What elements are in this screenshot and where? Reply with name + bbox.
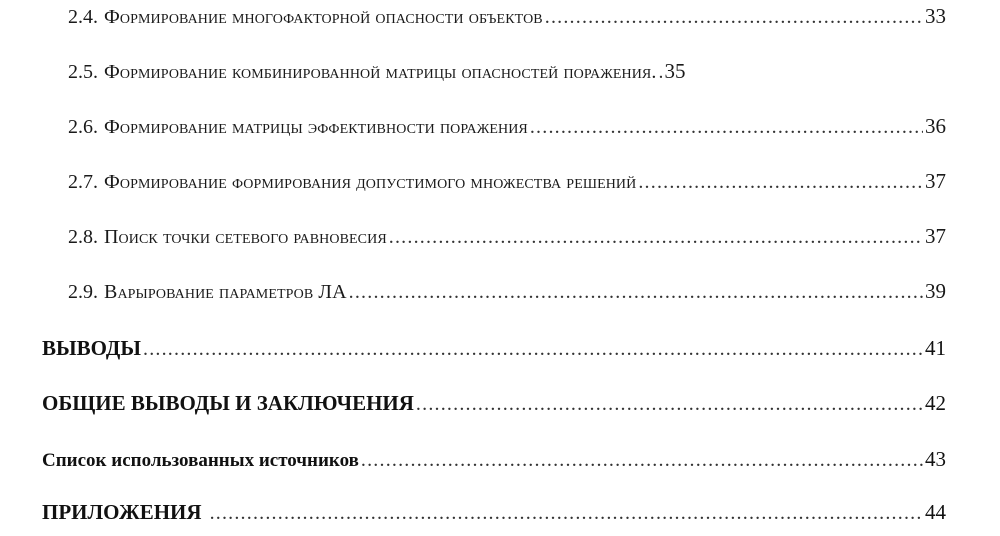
section-title: ОБЩИЕ ВЫВОДЫ И ЗАКЛЮЧЕНИЯ: [42, 391, 414, 416]
page-number: 37: [925, 169, 946, 194]
dot-leader: [416, 393, 923, 416]
dot-leader: [349, 281, 923, 304]
dot-leader: [389, 226, 923, 249]
toc-entry-2-5[interactable]: 2.5. Формирование комбинированной матриц…: [68, 59, 946, 84]
toc-entry-2-8[interactable]: 2.8. Поиск точки сетевого равновесия 37: [68, 224, 946, 249]
dot-leader: [638, 171, 923, 194]
dot-leader: [143, 338, 923, 361]
toc-entry-general-conclusions[interactable]: ОБЩИЕ ВЫВОДЫ И ЗАКЛЮЧЕНИЯ 42: [42, 391, 946, 416]
page-number: 33: [925, 4, 946, 29]
page-number: 37: [925, 224, 946, 249]
section-title: Поиск точки сетевого равновесия: [104, 226, 387, 249]
section-number: 2.9.: [68, 281, 98, 304]
page-number: 41: [925, 336, 946, 361]
dot-leader: [658, 61, 662, 84]
page-number: 36: [925, 114, 946, 139]
toc-entry-references[interactable]: Список использованных источников 43: [42, 447, 946, 472]
section-title: Варырование параметров ЛА: [104, 281, 347, 304]
section-title: Формирование формирования допустимого мн…: [104, 171, 636, 194]
dot-leader: [530, 116, 923, 139]
page-number: 39: [925, 279, 946, 304]
dot-leader: [210, 502, 923, 525]
section-title: ПРИЛОЖЕНИЯ: [42, 500, 202, 525]
section-title: Формирование многофакторной опасности об…: [104, 6, 543, 29]
section-title: ВЫВОДЫ: [42, 336, 141, 361]
dot-leader: [361, 449, 923, 472]
section-number: 2.4.: [68, 6, 98, 29]
section-title: Формирование матрицы эффективности пораж…: [104, 116, 528, 139]
section-number: 2.8.: [68, 226, 98, 249]
toc-entry-2-9[interactable]: 2.9. Варырование параметров ЛА 39: [68, 279, 946, 304]
toc-entry-2-4[interactable]: 2.4. Формирование многофакторной опаснос…: [68, 4, 946, 29]
dot-leader: [545, 6, 923, 29]
section-title: Список использованных источников: [42, 450, 359, 472]
toc-entry-conclusions[interactable]: ВЫВОДЫ 41: [42, 336, 946, 361]
toc-entry-2-7[interactable]: 2.7. Формирование формирования допустимо…: [68, 169, 946, 194]
toc-entry-2-6[interactable]: 2.6. Формирование матрицы эффективности …: [68, 114, 946, 139]
page-number: 42: [925, 391, 946, 416]
page-number: 35: [664, 59, 685, 84]
section-title: Формирование комбинированной матрицы опа…: [104, 61, 656, 84]
section-number: 2.6.: [68, 116, 98, 139]
section-number: 2.7.: [68, 171, 98, 194]
page-number: 44: [925, 500, 946, 525]
toc-entry-appendices[interactable]: ПРИЛОЖЕНИЯ 44: [42, 500, 946, 525]
section-number: 2.5.: [68, 61, 98, 84]
page-number: 43: [925, 447, 946, 472]
